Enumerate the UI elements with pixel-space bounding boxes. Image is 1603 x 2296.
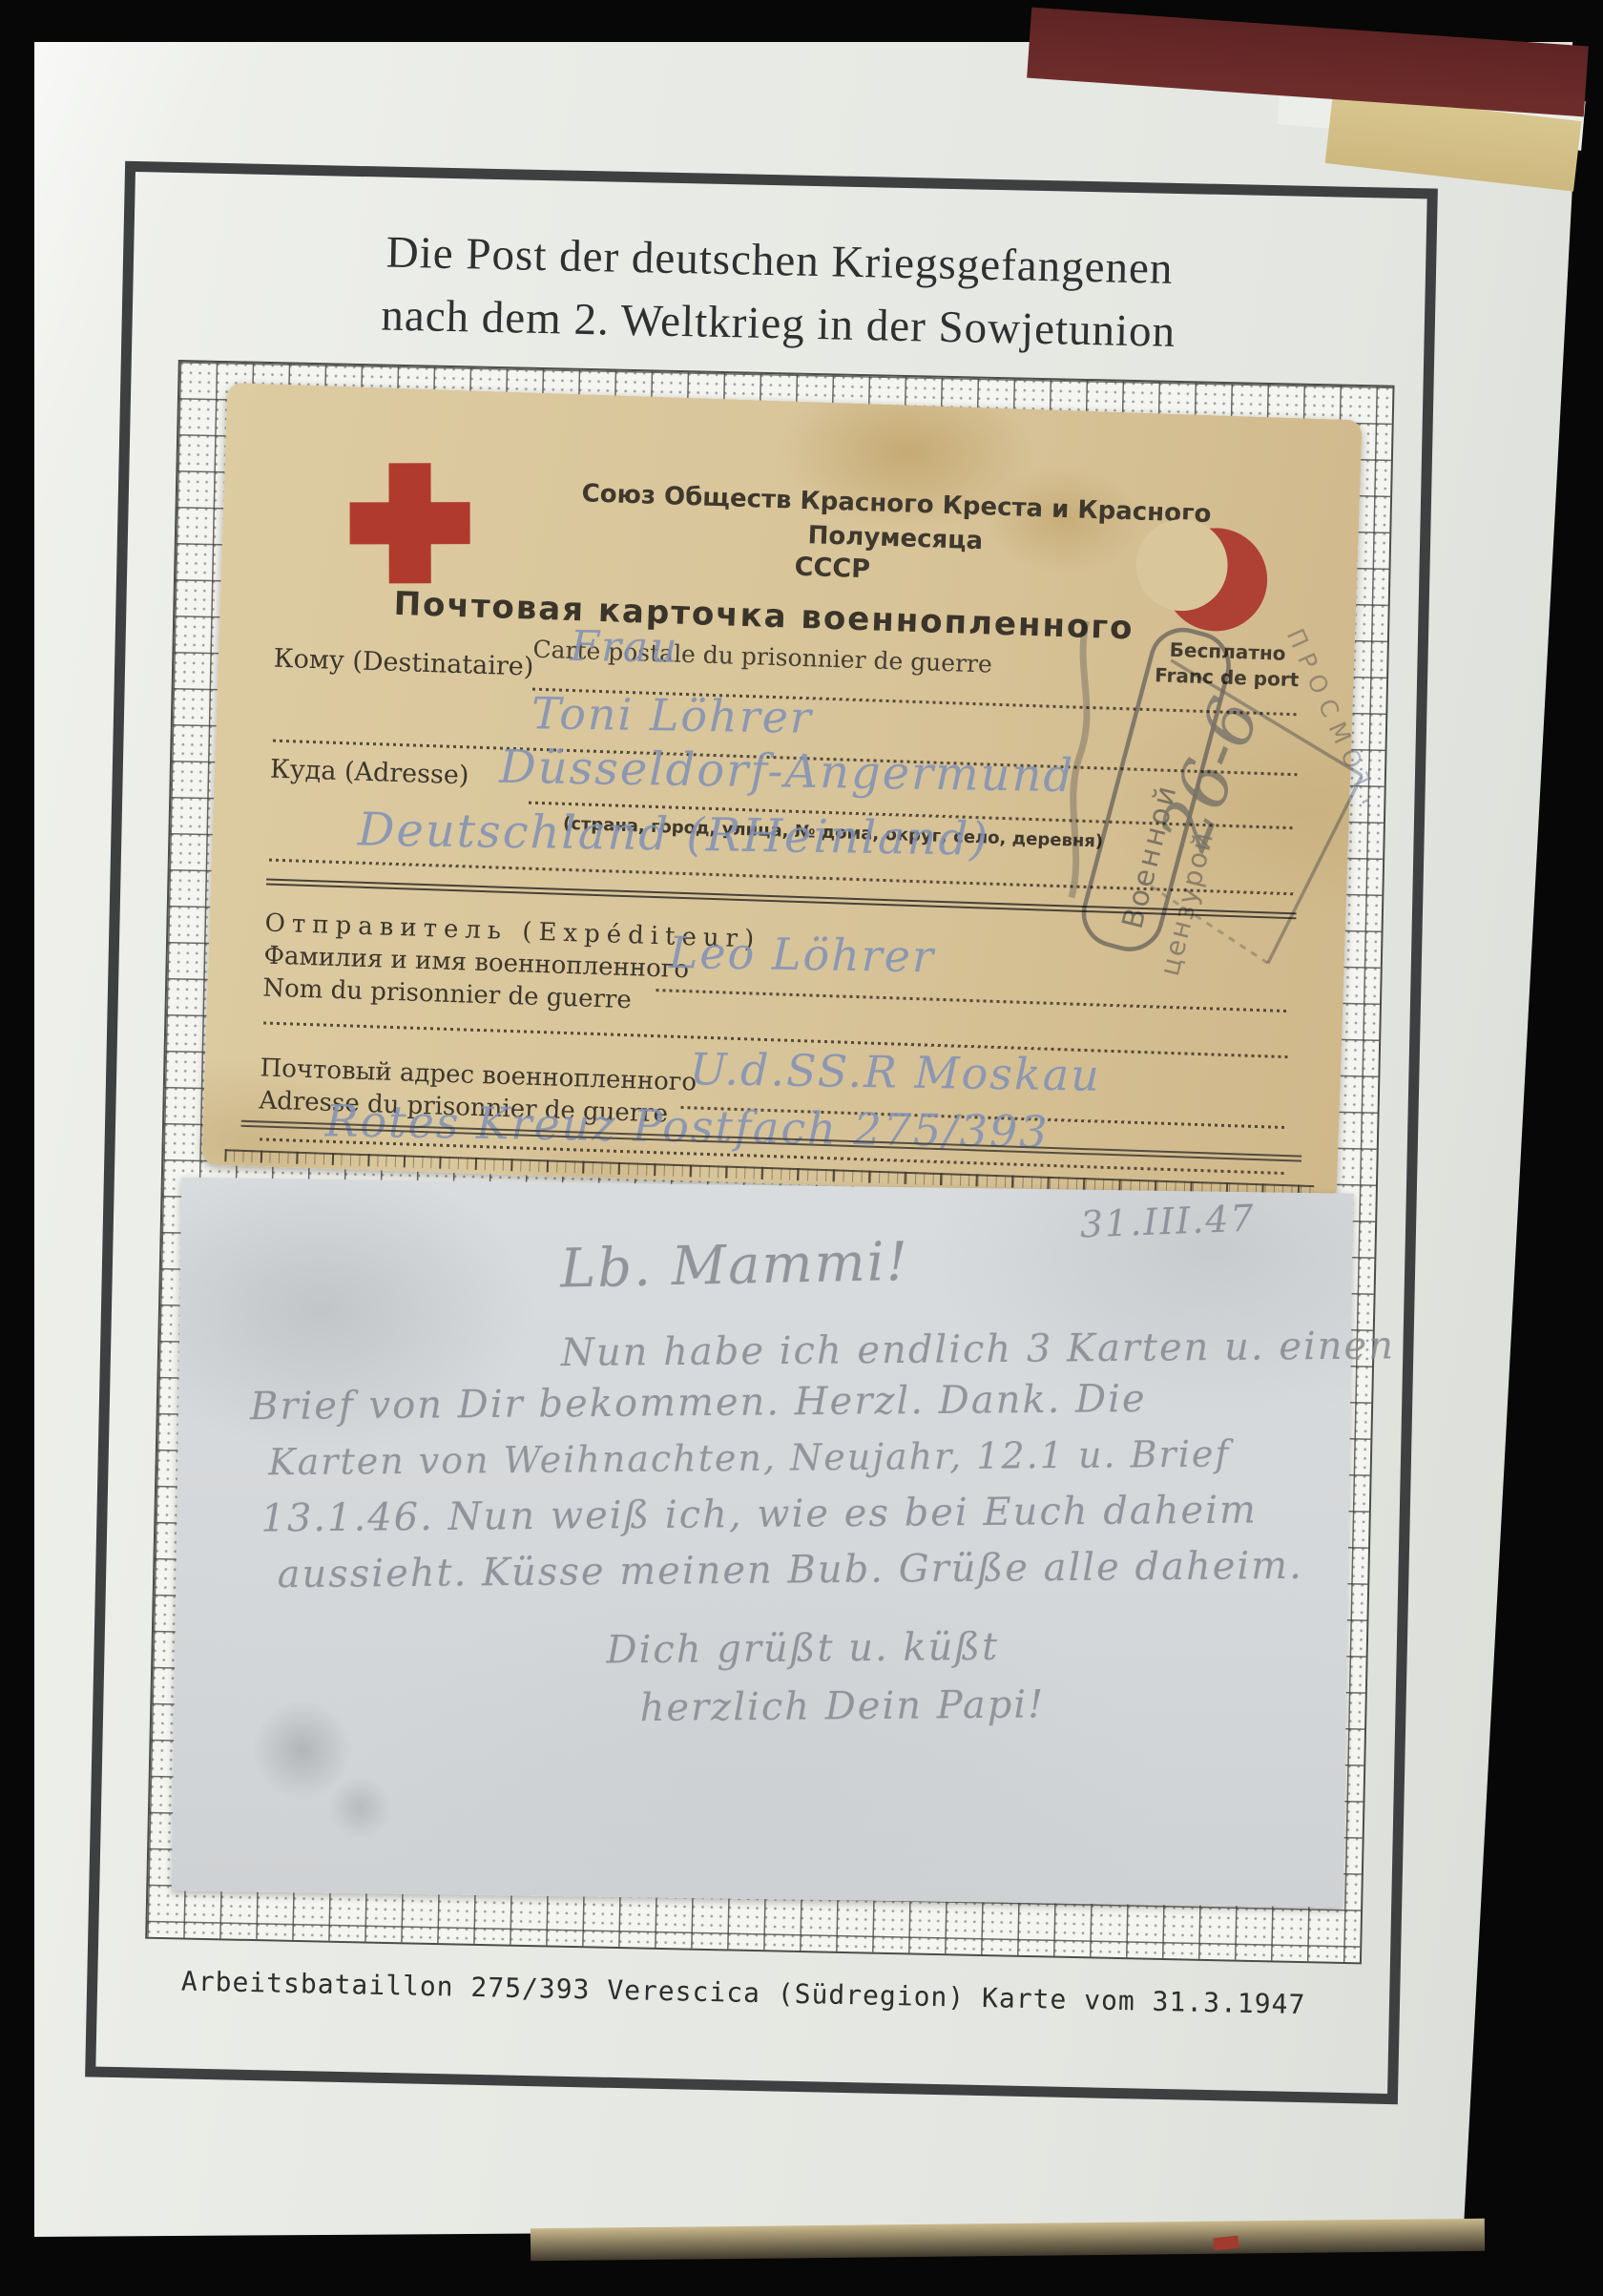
censor-scribble bbox=[1070, 621, 1090, 898]
sender-value: Leo Löhrer bbox=[668, 927, 935, 982]
censor-stamp: Военной цензурой ПРОСМОТРЕНО 26-6 bbox=[1047, 563, 1376, 1012]
to-value-1: Frau bbox=[570, 622, 679, 673]
censor-number: 26-6 bbox=[1143, 687, 1276, 861]
message-line-2: Brief von Dir bekommen. Herzl. Dank. Die bbox=[250, 1377, 1147, 1429]
red-cross-icon bbox=[350, 463, 470, 583]
to-value-2: Toni Löhrer bbox=[531, 687, 814, 743]
address-label: Куда (Adresse) bbox=[269, 755, 468, 791]
address-value-1: Düsseldorf-Angermund bbox=[499, 741, 1075, 803]
page-title-line2: nach dem 2. Weltkrieg in der Sowjetunion bbox=[132, 284, 1425, 363]
message-line-4: 13.1.46. Nun weiß ich, wie es bei Euch d… bbox=[260, 1489, 1258, 1541]
address-value-2: Deutschland (RHeinland) bbox=[358, 803, 990, 866]
censor-triangle-edge-2 bbox=[1268, 772, 1363, 966]
message-date: 31.III.47 bbox=[1079, 1197, 1256, 1245]
message-line-5: aussieht. Küsse meinen Bub. Grüße alle d… bbox=[277, 1544, 1303, 1597]
pow-postcard: Союз Обществ Красного Креста и Красного … bbox=[201, 383, 1363, 1202]
censor-viewed-text: ПРОСМОТРЕНО bbox=[1281, 624, 1377, 893]
bottom-red-mark bbox=[1213, 2236, 1239, 2251]
pow-address-value-1: U.d.SS.R Moskau bbox=[689, 1043, 1101, 1101]
album-page: Die Post der deutschen Kriegsgefangenen … bbox=[34, 42, 1572, 2239]
message-line-3: Karten von Weihnachten, Neujahr, 12.1 u.… bbox=[268, 1433, 1231, 1484]
message-salutation: Lb. Mammi! bbox=[559, 1231, 909, 1301]
message-closing-2: herzlich Dein Papi! bbox=[639, 1682, 1045, 1730]
message-card: 31.III.47 Lb. Mammi! Nun habe ich endlic… bbox=[172, 1178, 1353, 1908]
message-line-1: Nun habe ich endlich 3 Karten u. einen bbox=[561, 1324, 1395, 1375]
graph-paper: Союз Обществ Красного Креста и Красного … bbox=[145, 360, 1394, 1964]
message-closing-1: Dich grüßt u. küßt bbox=[606, 1625, 999, 1673]
page-border-frame: Die Post der deutschen Kriegsgefangenen … bbox=[85, 161, 1438, 2104]
caption: Arbeitsbataillon 275/393 Verescica (Südr… bbox=[97, 1964, 1389, 2022]
